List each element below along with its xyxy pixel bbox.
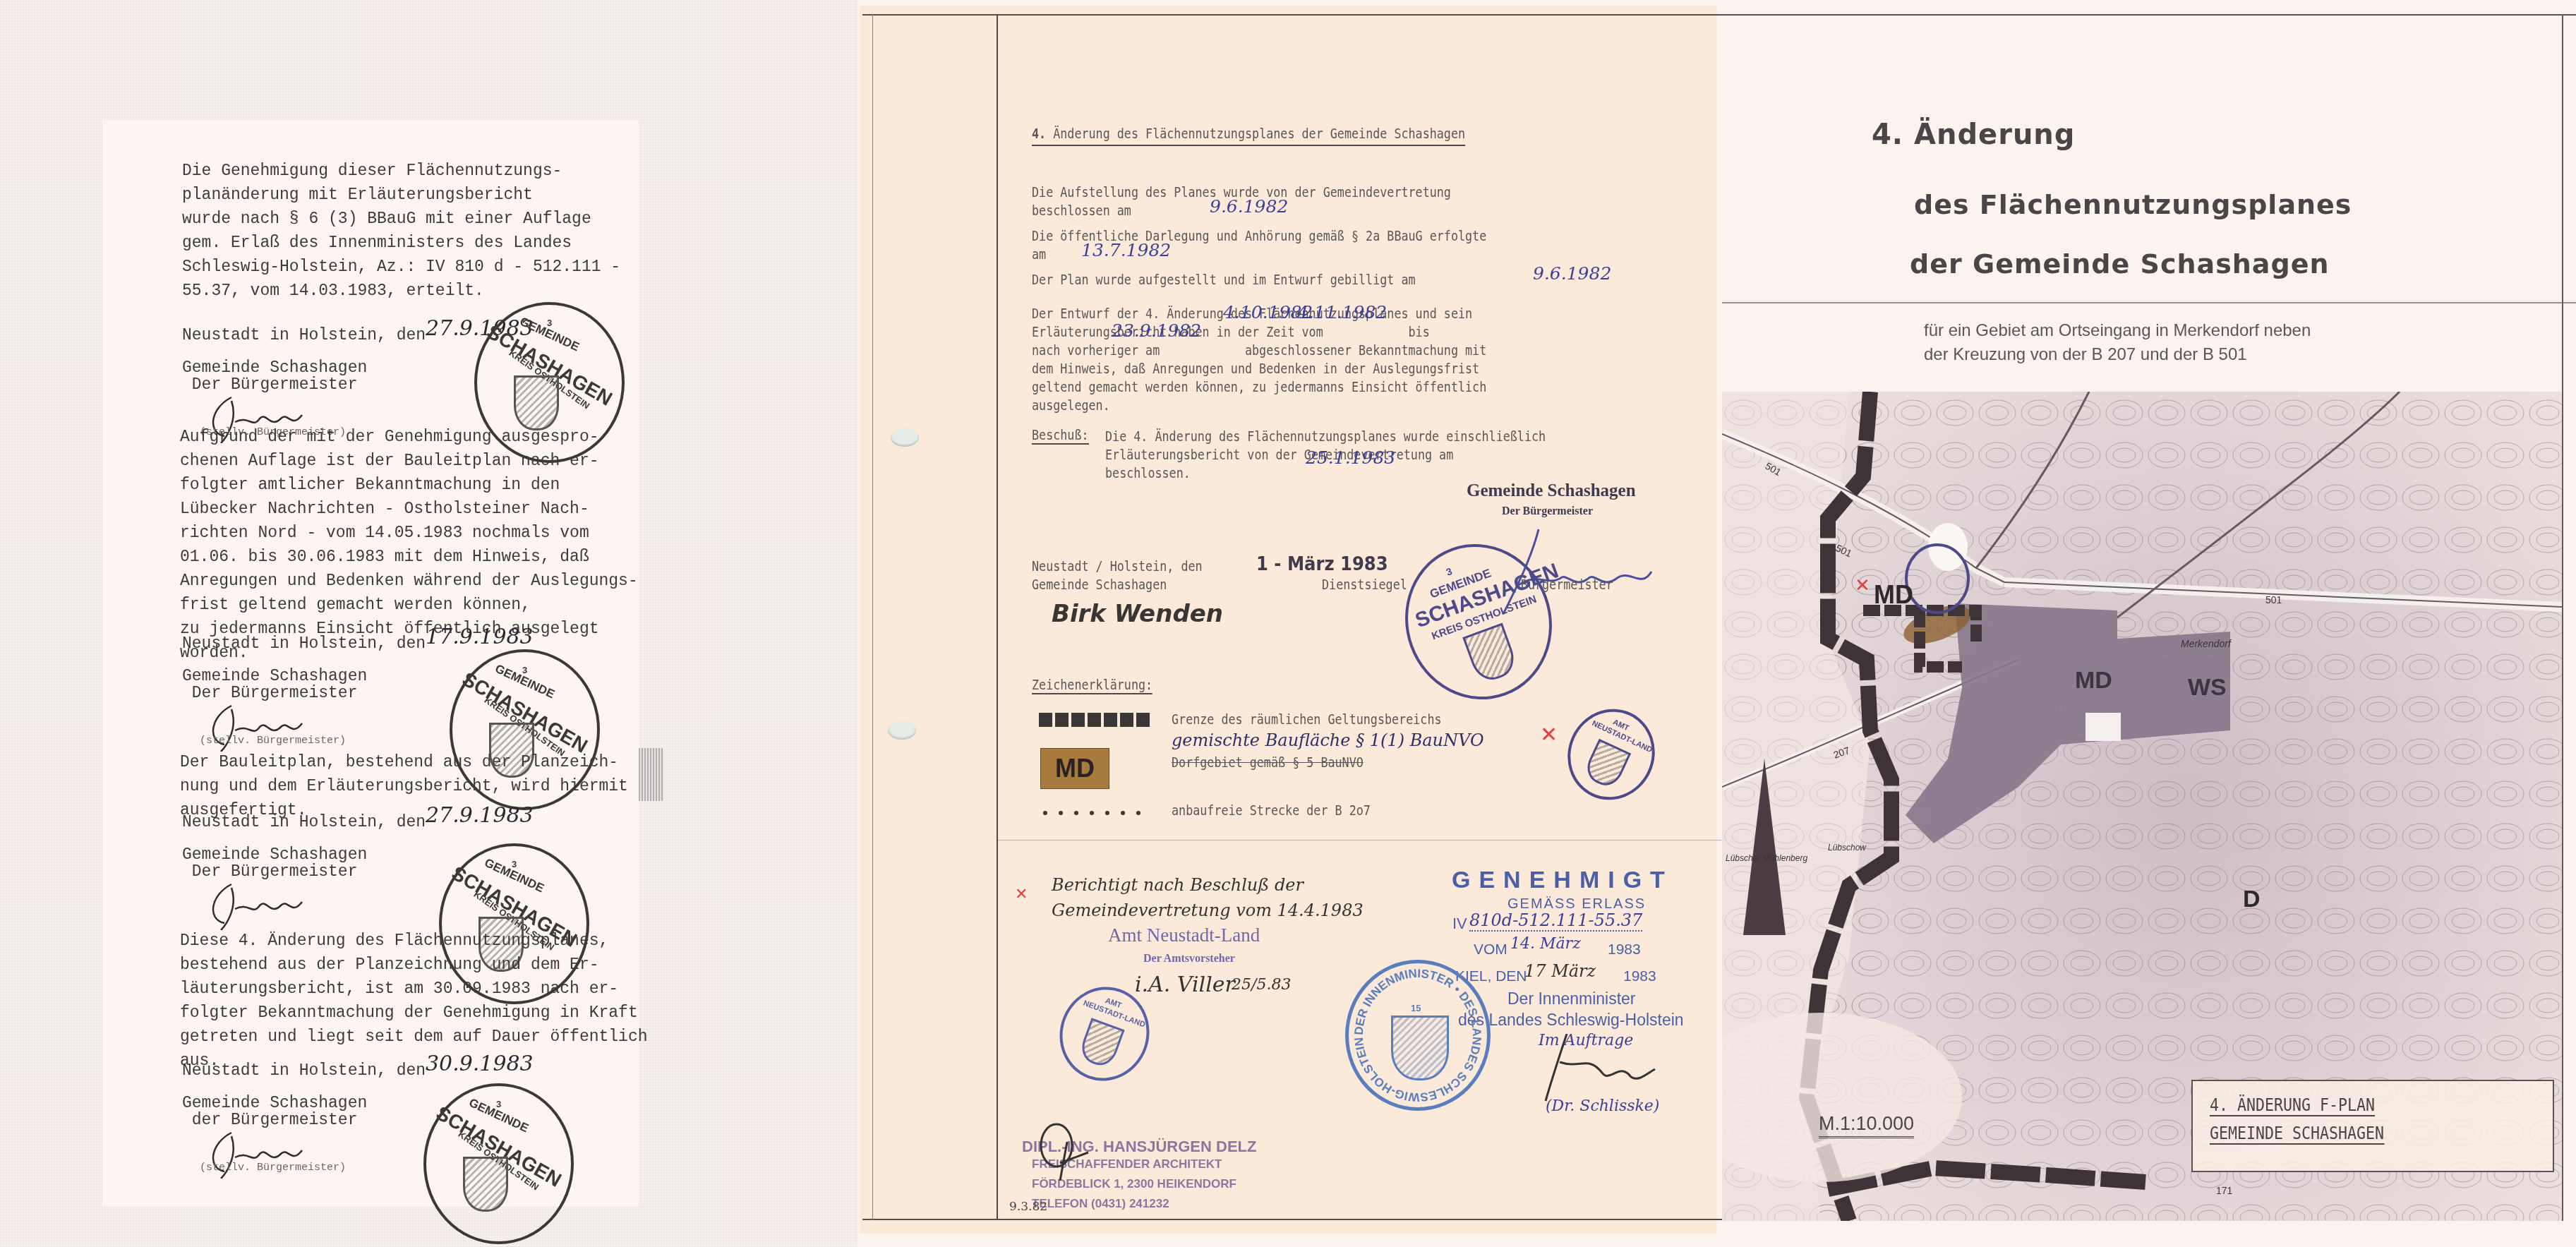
correction-note-line1: Berichtigt nach Beschluß der [1052,875,1304,895]
subtitle-line-2: der Kreuzung von der B 207 und der B 501 [1924,343,2247,367]
section-heading: 4. Änderung des Flächennutzungsplanes de… [1032,125,1465,146]
frame-line-top [862,14,2576,16]
subtitle-line-1: für ein Gebiet am Ortseingang in Merkend… [1924,319,2311,343]
svg-text:MD: MD [1874,580,1913,609]
legend-label-md-handwritten: gemischte Baufläche § 1(1) BauNVO [1172,730,1484,750]
procedure-p4-line: dem Hinweis, daß Anregungen und Bedenken… [1032,360,1479,378]
minister-seal: DER INNENMINISTER • DES LANDES SCHLESWIG… [1345,960,1491,1111]
gemeinde-stamp: 3GEMEINDESCHASHAGENKREIS OSTHOLSTEIN [423,1083,574,1244]
scan-artifact [639,748,663,801]
role: der Bürgermeister [182,1108,357,1132]
place-line: Neustadt / Holstein, den [1032,558,1203,576]
legend-divider [998,840,1721,841]
handwritten-date: 17.9.1983 [426,625,534,649]
punch-hole-icon [888,721,916,740]
paragraph-line: Diese 4. Änderung des Flächennutzungspla… [180,929,608,953]
paragraph-line: chenen Auflage ist der Bauleitplan nach … [180,449,599,473]
approval-vom-year: 1983 [1608,941,1641,958]
name-stamp: Birk Wenden [1052,600,1223,628]
svg-text:Lübscher Mühlenberg: Lübscher Mühlenberg [1726,853,1807,863]
place-line: Neustadt in Holstein, den [182,1059,426,1083]
coat-of-arms-icon [1391,1016,1449,1080]
title-line-3: der Gemeinde Schashagen [1910,248,2329,279]
approval-signer: (Dr. Schlisske) [1546,1097,1659,1115]
heading-text: Änderung des Flächennutzungsplanes der G… [1046,126,1465,142]
beschluss-line: Erläuterungsbericht von der Gemeindevert… [1105,446,1453,464]
coat-of-arms-icon [514,375,559,430]
handwritten-date: 27.9.1983 [426,803,534,828]
procedure-p3: Der Plan wurde aufgestellt und im Entwur… [1032,271,1416,289]
title-line-2: des Flächennutzungsplanes [1914,189,2352,220]
procedure-p1b: beschlossen am [1032,202,1131,220]
paragraph-line: Aufgrund der mit der Genehmigung ausgesp… [180,425,599,449]
signature-role: Der Bürgermeister [1502,505,1593,518]
role: Der Bürgermeister [182,681,357,705]
architect-signature [1032,1121,1102,1184]
minister-seal-number: 15 [1411,1003,1421,1013]
punch-hole-icon [891,428,919,447]
svg-text:✕: ✕ [1855,575,1870,596]
paragraph-line: bestehend aus der Planzeichnung und dem … [180,953,599,977]
approval-authority-2: des Landes Schleswig-Holstein [1458,1011,1684,1030]
place-line: Neustadt in Holstein, den [182,810,426,834]
intro-line: planänderung mit Erläuterungsbericht [182,183,533,207]
correction-x-icon: ✕ [1540,723,1558,747]
svg-text:501: 501 [2265,594,2282,606]
place-line: Neustadt in Holstein, den [182,632,426,656]
signature [203,881,323,930]
correction-note-line2: Gemeindevertretung vom 14.4.1983 [1052,900,1364,920]
minister-signature [1539,1034,1659,1104]
role: Der Bürgermeister [182,373,357,397]
procedure-p4-line: ausgelegen. [1032,397,1110,415]
paragraph-line: Lübecker Nachrichten - Ostholsteiner Nac… [180,497,589,521]
plan-title-line-2: GEMEINDE SCHASHAGEN [2210,1123,2384,1145]
procedure-p4-line: Erläuterungsbericht haben in der Zeit vo… [1032,323,1430,342]
svg-text:Lübschow: Lübschow [1828,843,1867,853]
frame-line-left [997,14,998,1220]
dotted-line-symbol-icon [1041,807,1154,820]
date-p4-to: 4.11.1982 [1297,302,1387,323]
architect-line: TELEFON (0431) 241232 [1032,1197,1169,1211]
architect-date: 9.3.82 [1009,1200,1047,1214]
paragraph-line: Der Bauleitplan, bestehend aus der Planz… [180,750,618,774]
title-line-1: 4. Änderung [1872,119,2075,151]
intro-line: Schleswig-Holstein, Az.: IV 810 d - 512.… [182,255,620,279]
approval-vom-value: 14. März [1510,935,1581,953]
date-p4-announce: 23.9.1982 [1112,320,1201,341]
role: Der Bürgermeister [182,860,357,884]
date-beschluss: 25.1.1983 [1306,447,1395,468]
amt-role: Der Amtsvorsteher [1143,953,1235,965]
signature-caption: (stellv. Bürgermeister) [200,1162,346,1174]
place-date: 1 - März 1983 [1256,553,1388,575]
approval-authority-1: Der Innenminister [1507,989,1636,1008]
approval-kiel-year: 1983 [1623,968,1656,985]
heading-number: 4. [1032,126,1046,142]
legend-label-md-struck: Dorfgebiet gemäß § 5 BauNVO [1172,754,1364,772]
paragraph-line: 01.06. bis 30.06.1983 mit dem Hinweis, d… [180,545,589,569]
intro-line: wurde nach § 6 (3) BBauG mit einer Aufla… [182,207,591,231]
beschluss-line: beschlossen. [1105,464,1191,483]
amt-name: Amt Neustadt-Land [1108,924,1260,946]
coat-of-arms-icon [1077,1018,1125,1069]
svg-text:171: 171 [2216,1185,2233,1196]
place-line: Neustadt in Holstein, den [182,323,426,347]
intro-line: 55.37, vom 14.03.1983, erteilt. [182,279,484,303]
date-p1: 9.6.1982 [1210,196,1288,217]
svg-text:WS: WS [2188,674,2227,701]
coat-of-arms-icon [1582,739,1631,791]
amt-signature: i.A. Viller [1135,972,1235,997]
coat-of-arms-icon [463,1157,508,1212]
legend-label-boundary: Grenze des räumlichen Geltungsbereichs [1172,711,1442,729]
procedure-p4-line: nach vorheriger am abgeschlossener Bekan… [1032,342,1486,360]
title-separator [1722,302,2576,303]
plan-title-box: 4. ÄNDERUNG F-PLAN GEMEINDE SCHASHAGEN [2191,1080,2554,1172]
legend-label-road: anbaufreie Strecke der B 2o7 [1172,802,1371,820]
correction-x-icon: ✕ [1015,886,1028,903]
date-p3: 9.6.1982 [1533,263,1611,284]
procedure-p4-line: geltend gemacht werden können, zu jederm… [1032,378,1486,397]
coat-of-arms-icon [1462,623,1519,685]
amt-signature-date: 25/5.83 [1232,976,1291,994]
seal-number: 3 [1445,565,1454,578]
svg-text:D: D [2243,886,2261,912]
svg-text:Merkendorf: Merkendorf [2181,638,2232,649]
paragraph-line: folgter amtlicher Bekanntmachung in den [180,473,560,497]
approval-ref-prefix: IV [1452,915,1467,933]
approval-vom-label: VOM [1474,941,1507,958]
signature-caption: (stellv. Bürgermeister) [200,735,346,747]
signature-org: Gemeinde Schashagen [1467,481,1636,501]
svg-text:P: P [2110,713,2121,730]
approval-title: GENEHMIGT [1452,867,1673,894]
frame-line-bottom [862,1219,1727,1220]
beschluss-label: Beschuß: [1032,428,1089,445]
paragraph-line: frist geltend gemacht werden können, [180,593,531,617]
approval-kiel-value: 17 März [1524,961,1596,981]
procedure-p2b: am [1032,246,1046,264]
paragraph-line: folgter Bekanntmachung der Genehmigung i… [180,1001,638,1025]
paragraph-line: Anregungen und Bedenken während der Ausl… [180,569,638,593]
intro-line: gem. Erlaß des Innenministers des Landes [182,231,572,255]
md-symbol-icon: MD [1040,748,1109,789]
paragraph-line: richten Nord - vom 14.05.1983 nochmals v… [180,521,589,545]
frame-line-edge [872,14,873,1220]
handwritten-date: 30.9.1983 [426,1052,534,1076]
beschluss-line: Die 4. Änderung des Flächennutzungsplane… [1105,428,1546,446]
org-line: Gemeinde Schashagen [1032,576,1167,594]
intro-line: Die Genehmigung dieser Flächennutzungs- [182,159,562,183]
approval-ref: 810d-512.111-55.37 [1469,910,1642,932]
boundary-symbol-icon [1039,713,1152,727]
plan-title-line-1: 4. ÄNDERUNG F-PLAN [2210,1095,2375,1116]
svg-text:MD: MD [2075,667,2112,694]
paragraph-line: läuterungsbericht, ist am 30.09.1983 nac… [180,977,618,1001]
frame-line-right [2562,14,2563,1221]
map-scale: M.1:10.000 [1819,1113,1914,1138]
legend-title: Zeichenerklärung: [1032,677,1152,694]
paragraph-line: getreten und liegt seit dem auf Dauer öf… [180,1025,648,1049]
date-p2: 13.7.1982 [1081,240,1171,260]
paragraph-line: nung und dem Erläuterungsbericht, wird h… [180,774,628,798]
